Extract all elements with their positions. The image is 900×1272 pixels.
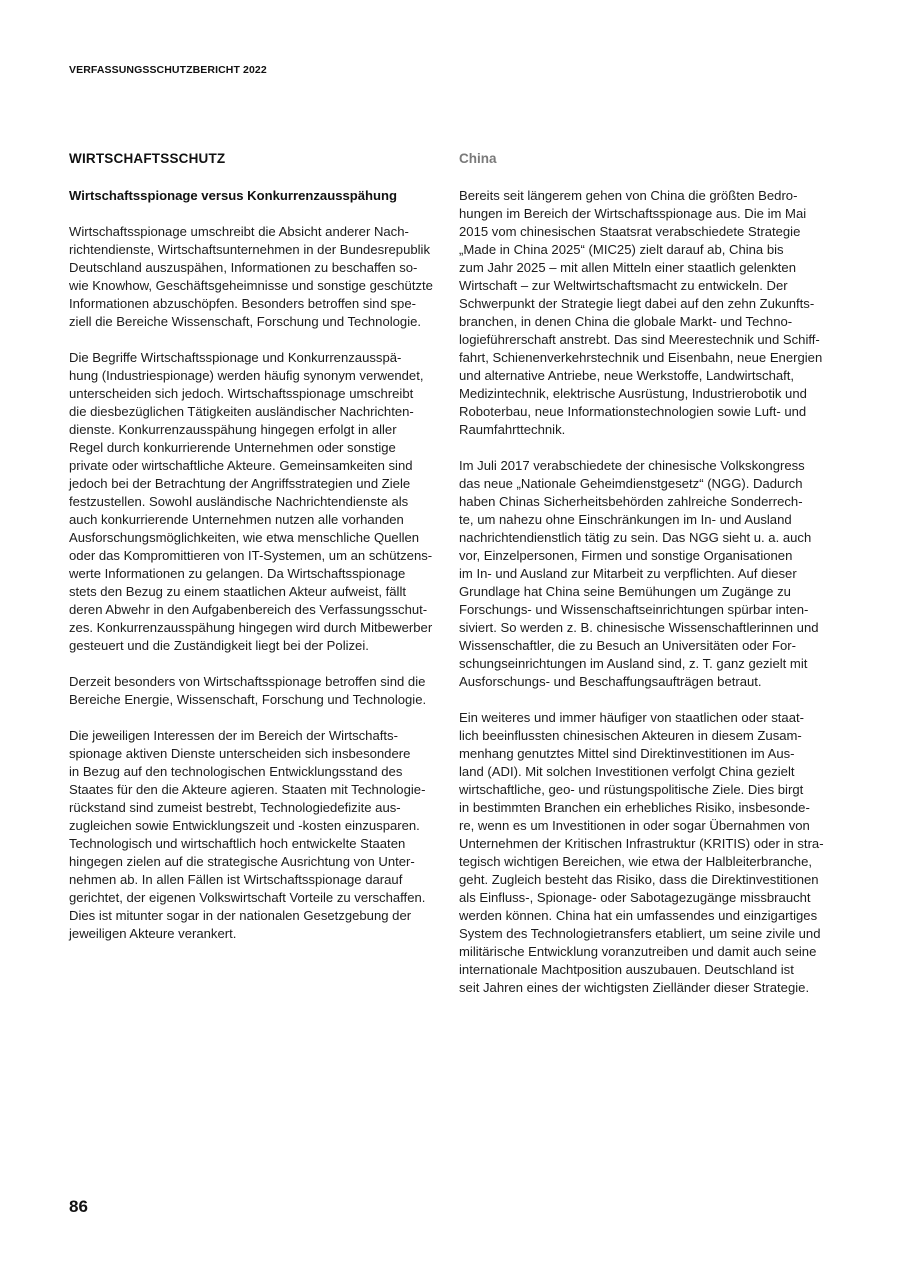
paragraph: Im Juli 2017 verabschiedete der chinesis…	[459, 457, 831, 691]
text-line: haben Chinas Sicherheitsbehörden zahlrei…	[459, 493, 831, 511]
paragraph: Derzeit besonders von Wirtschaftsspionag…	[69, 673, 441, 709]
text-line: jeweiligen Akteure verankert.	[69, 925, 441, 943]
text-line: Wirtschaft – zur Weltwirtschaftsmacht zu…	[459, 277, 831, 295]
text-line: als Einfluss-, Spionage- oder Sabotagezu…	[459, 889, 831, 907]
text-line: System des Technologietransfers etablier…	[459, 925, 831, 943]
text-line: siviert. So werden z. B. chinesische Wis…	[459, 619, 831, 637]
text-line: in bestimmten Branchen ein erhebliches R…	[459, 799, 831, 817]
text-line: in Bezug auf den technologischen Entwick…	[69, 763, 441, 781]
text-line: hingegen zielen auf die strategische Aus…	[69, 853, 441, 871]
country-title: China	[459, 150, 831, 168]
text-line: jedoch bei der Betrachtung der Angriffss…	[69, 475, 441, 493]
text-line: fahrt, Schienenverkehrstechnik und Eisen…	[459, 349, 831, 367]
text-line: spionage aktiven Dienste unterscheiden s…	[69, 745, 441, 763]
text-line: Regel durch konkurrierende Unternehmen o…	[69, 439, 441, 457]
text-line: Ein weiteres und immer häufiger von staa…	[459, 709, 831, 727]
text-line: wirtschaftliche, geo- und rüstungspoliti…	[459, 781, 831, 799]
text-line: Raumfahrttechnik.	[459, 421, 831, 439]
right-column: China Bereits seit längerem gehen von Ch…	[459, 150, 831, 1015]
right-paragraphs: Bereits seit längerem gehen von China di…	[459, 187, 831, 997]
text-line: auch konkurrierende Unternehmen nutzen a…	[69, 511, 441, 529]
subsection-title: Wirtschaftsspionage versus Konkurrenzaus…	[69, 187, 441, 205]
text-line: ziell die Bereiche Wissenschaft, Forschu…	[69, 313, 441, 331]
text-line: dienste. Konkurrenzausspähung hingegen e…	[69, 421, 441, 439]
text-line: und alternative Antriebe, neue Werkstoff…	[459, 367, 831, 385]
paragraph: Bereits seit längerem gehen von China di…	[459, 187, 831, 439]
text-line: vor, Einzelpersonen, Firmen und sonstige…	[459, 547, 831, 565]
text-line: Medizintechnik, elektrische Ausrüstung, …	[459, 385, 831, 403]
text-line: wie Knowhow, Geschäftsgeheimnisse und so…	[69, 277, 441, 295]
text-line: stets den Bezug zu einem staatlichen Akt…	[69, 583, 441, 601]
text-line: zes. Konkurrenzausspähung hingegen wird …	[69, 619, 441, 637]
text-line: Roboterbau, neue Informationstechnologie…	[459, 403, 831, 421]
text-line: Schwerpunkt der Strategie liegt dabei au…	[459, 295, 831, 313]
section-title: WIRTSCHAFTSSCHUTZ	[69, 150, 441, 168]
paragraph: Ein weiteres und immer häufiger von staa…	[459, 709, 831, 997]
text-line: Staates für den die Akteure agieren. Sta…	[69, 781, 441, 799]
text-line: oder das Kompromittieren von IT-Systemen…	[69, 547, 441, 565]
text-line: gesteuert und die Zuständigkeit liegt be…	[69, 637, 441, 655]
text-line: im In- und Ausland zur Mitarbeit zu verp…	[459, 565, 831, 583]
text-line: unterscheiden sich jedoch. Wirtschaftssp…	[69, 385, 441, 403]
running-header: VERFASSUNGSSCHUTZBERICHT 2022	[69, 64, 267, 76]
text-line: werden können. China hat ein umfassendes…	[459, 907, 831, 925]
text-line: nachrichtendienstlich tätig zu sein. Das…	[459, 529, 831, 547]
text-line: land (ADI). Mit solchen Investitionen ve…	[459, 763, 831, 781]
left-column: WIRTSCHAFTSSCHUTZ Wirtschaftsspionage ve…	[69, 150, 441, 961]
text-line: private oder wirtschaftliche Akteure. Ge…	[69, 457, 441, 475]
text-line: menhang genutztes Mittel sind Direktinve…	[459, 745, 831, 763]
text-line: Im Juli 2017 verabschiedete der chinesis…	[459, 457, 831, 475]
text-line: nehmen ab. In allen Fällen ist Wirtschaf…	[69, 871, 441, 889]
text-line: hung (Industriespionage) werden häufig s…	[69, 367, 441, 385]
text-line: Forschungs- und Wissenschaftseinrichtung…	[459, 601, 831, 619]
text-line: branchen, in denen China die globale Mar…	[459, 313, 831, 331]
text-line: internationale Machtposition auszubauen.…	[459, 961, 831, 979]
text-line: te, um nahezu ohne Einschränkungen im In…	[459, 511, 831, 529]
left-paragraphs: Wirtschaftsspionage umschreibt die Absic…	[69, 223, 441, 943]
text-line: Wirtschaftsspionage umschreibt die Absic…	[69, 223, 441, 241]
text-line: lich beeinflussten chinesischen Akteuren…	[459, 727, 831, 745]
text-line: „Made in China 2025“ (MIC25) zielt darau…	[459, 241, 831, 259]
paragraph: Die jeweiligen Interessen der im Bereich…	[69, 727, 441, 943]
text-line: gerichtet, der eigenen Volkswirtschaft V…	[69, 889, 441, 907]
text-line: Die jeweiligen Interessen der im Bereich…	[69, 727, 441, 745]
text-line: 2015 vom chinesischen Staatsrat verabsch…	[459, 223, 831, 241]
text-line: seit Jahren eines der wichtigsten Ziellä…	[459, 979, 831, 997]
paragraph: Die Begriffe Wirtschaftsspionage und Kon…	[69, 349, 441, 655]
text-line: Bereiche Energie, Wissenschaft, Forschun…	[69, 691, 441, 709]
text-line: Bereits seit längerem gehen von China di…	[459, 187, 831, 205]
text-line: Die Begriffe Wirtschaftsspionage und Kon…	[69, 349, 441, 367]
text-line: Ausforschungs- und Beschaffungsaufträgen…	[459, 673, 831, 691]
text-line: zum Jahr 2025 – mit allen Mitteln einer …	[459, 259, 831, 277]
text-line: Derzeit besonders von Wirtschaftsspionag…	[69, 673, 441, 691]
text-line: rückstand sind zumeist bestrebt, Technol…	[69, 799, 441, 817]
text-line: geht. Zugleich besteht das Risiko, dass …	[459, 871, 831, 889]
text-line: deren Abwehr in den Aufgabenbereich des …	[69, 601, 441, 619]
text-line: die diesbezüglichen Tätigkeiten ausländi…	[69, 403, 441, 421]
page-number: 86	[69, 1197, 88, 1217]
text-line: festzustellen. Sowohl ausländische Nachr…	[69, 493, 441, 511]
text-line: schungseinrichtungen im Ausland sind, z.…	[459, 655, 831, 673]
text-line: Informationen abzuschöpfen. Besonders be…	[69, 295, 441, 313]
text-line: militärische Entwicklung voranzutreiben …	[459, 943, 831, 961]
text-line: werte Informationen zu gelangen. Da Wirt…	[69, 565, 441, 583]
text-line: Grundlage hat China seine Bemühungen um …	[459, 583, 831, 601]
text-line: Ausforschungsmöglichkeiten, wie etwa men…	[69, 529, 441, 547]
text-line: Dies ist mitunter sogar in der nationale…	[69, 907, 441, 925]
text-line: re, wenn es um Investitionen in oder sog…	[459, 817, 831, 835]
text-line: Deutschland auszuspähen, Informationen z…	[69, 259, 441, 277]
text-line: Technologisch und wirtschaftlich hoch en…	[69, 835, 441, 853]
text-line: das neue „Nationale Geheimdienstgesetz“ …	[459, 475, 831, 493]
text-line: Wissenschaftler, die zu Besuch an Univer…	[459, 637, 831, 655]
text-line: hungen im Bereich der Wirtschaftsspionag…	[459, 205, 831, 223]
text-line: zugleichen sowie Entwicklungszeit und -k…	[69, 817, 441, 835]
text-line: tegisch wichtigen Bereichen, wie etwa de…	[459, 853, 831, 871]
text-line: Unternehmen der Kritischen Infrastruktur…	[459, 835, 831, 853]
text-line: logieführerschaft anstrebt. Das sind Mee…	[459, 331, 831, 349]
paragraph: Wirtschaftsspionage umschreibt die Absic…	[69, 223, 441, 331]
text-line: richtendienste, Wirtschaftsunternehmen i…	[69, 241, 441, 259]
